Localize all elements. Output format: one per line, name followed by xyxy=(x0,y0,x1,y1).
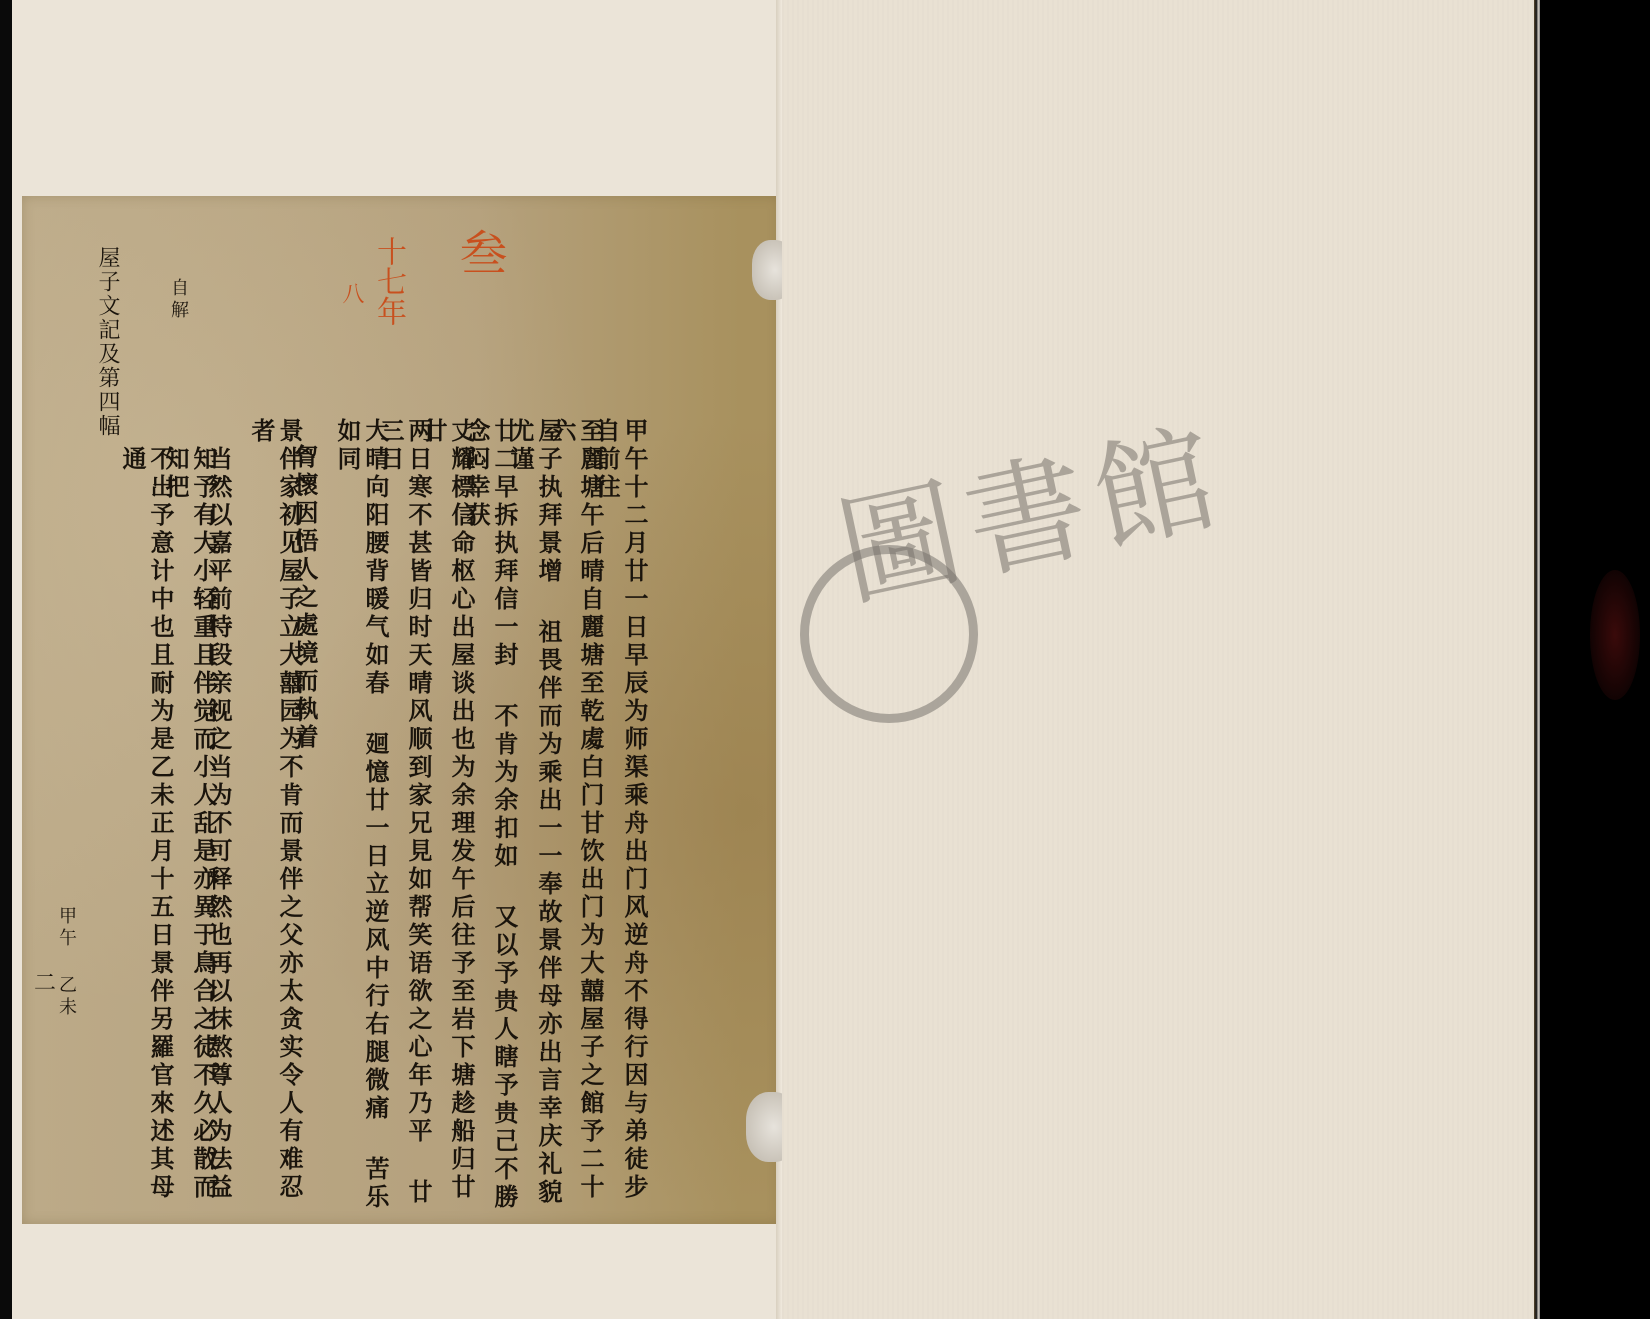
body-column-9: 景伴家初见屋子立大囍园为不肯而景伴之父亦太贪实令人有难忍者 xyxy=(247,418,303,1224)
red-small-mark: 八 xyxy=(337,282,365,308)
red-volume-mark: 叁 xyxy=(454,228,504,280)
body-column-7: 大晴向阳腰背暖气如春 廻憶廿一日立逆风中行右腿微痛 苦乐如同 xyxy=(333,418,389,1224)
page-number: 二 xyxy=(34,966,56,997)
background-red-blur xyxy=(1590,570,1640,700)
body-column-12: 不出予意计中也且耐为是乙未正月十五日景伴另羅官來述其母通 xyxy=(118,446,174,1224)
heading-title: 屋子文記及第四幅 xyxy=(94,246,120,438)
red-year-mark: 十七年 xyxy=(372,236,404,326)
heading-subtitle: 自解 xyxy=(164,278,192,322)
margin-note: 甲午 乙未 xyxy=(52,906,80,1019)
manuscript-page: 叁 十七年 八 屋子文記及第四幅 自解 甲午十二月廿一日早辰为师渠乘舟出门风逆舟… xyxy=(22,196,780,1224)
